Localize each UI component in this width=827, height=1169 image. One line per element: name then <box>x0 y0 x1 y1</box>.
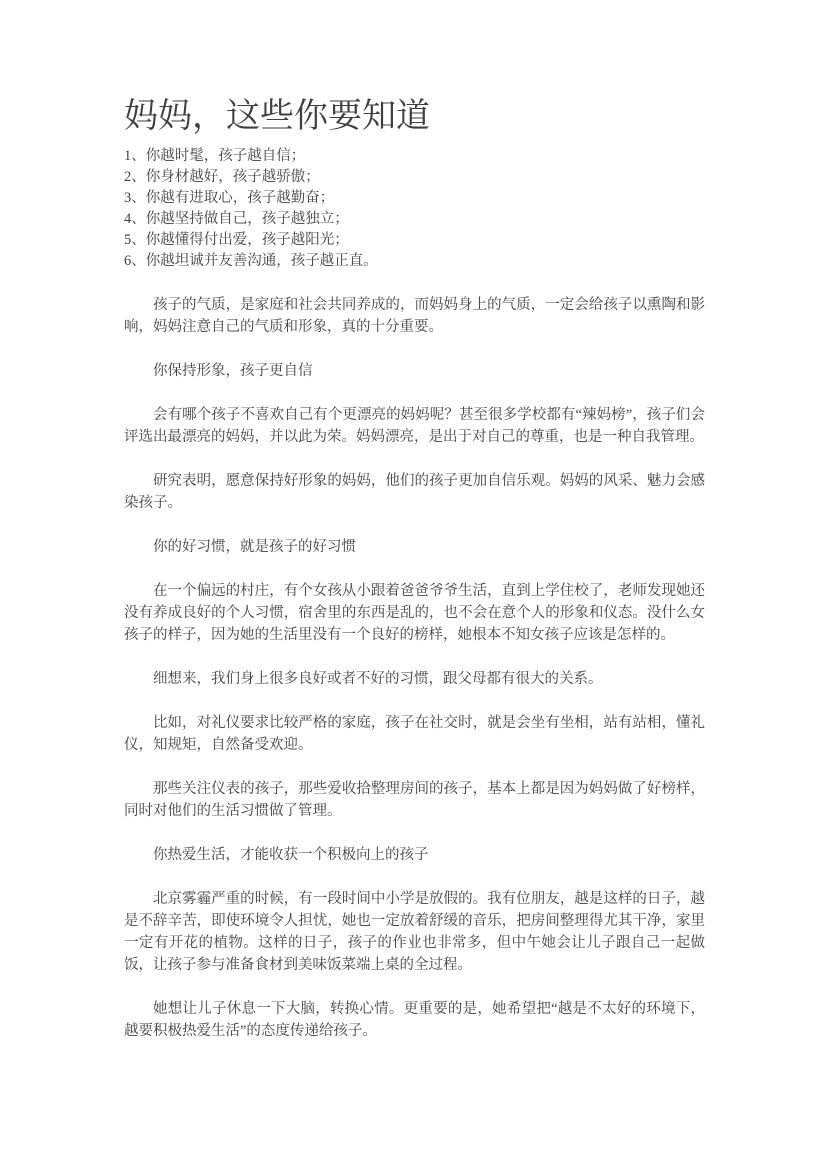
list-item-2: 2、你身材越好，孩子越骄傲； <box>124 167 705 188</box>
paragraph-temperament: 孩子的气质，是家庭和社会共同养成的，而妈妈身上的气质，一定会给孩子以熏陶和影响，… <box>124 294 705 338</box>
paragraph-habits-parents: 细想来，我们身上很多良好或者不好的习惯，跟父母都有很大的关系。 <box>124 668 705 690</box>
section-heading-habits: 你的好习惯，就是孩子的好习惯 <box>124 536 705 558</box>
paragraph-role-model: 那些关注仪表的孩子，那些爱收拾整理房间的孩子，基本上都是因为妈妈做了好榜样，同时… <box>124 778 705 822</box>
paragraph-beijing-smog: 北京雾霾严重的时候，有一段时间中小学是放假的。我有位朋友，越是这样的日子，越是不… <box>124 888 705 976</box>
paragraph-etiquette: 比如，对礼仪要求比较严格的家庭，孩子在社交时，就是会坐有坐相，站有站相，懂礼仪，… <box>124 712 705 756</box>
list-item-4: 4、你越坚持做自己，孩子越独立； <box>124 209 705 230</box>
numbered-list: 1、你越时髦，孩子越自信； 2、你身材越好，孩子越骄傲； 3、你越有进取心，孩子… <box>124 146 705 272</box>
document-content: 妈妈，这些你要知道 1、你越时髦，孩子越自信； 2、你身材越好，孩子越骄傲； 3… <box>124 97 705 1042</box>
list-item-5: 5、你越懂得付出爱，孩子越阳光； <box>124 230 705 251</box>
paragraph-research: 研究表明，愿意保持好形象的妈妈，他们的孩子更加自信乐观。妈妈的风采、魅力会感染孩… <box>124 470 705 514</box>
list-item-6: 6、你越坦诚并友善沟通，孩子越正直。 <box>124 251 705 272</box>
paragraph-village-girl: 在一个偏远的村庄，有个女孩从小跟着爸爸爷爷生活，直到上学住校了，老师发现她还没有… <box>124 580 705 646</box>
document-page: 妈妈，这些你要知道 1、你越时髦，孩子越自信； 2、你身材越好，孩子越骄傲； 3… <box>0 0 827 1169</box>
section-heading-love-life: 你热爱生活，才能收获一个积极向上的孩子 <box>124 844 705 866</box>
paragraph-pretty-mom: 会有哪个孩子不喜欢自己有个更漂亮的妈妈呢？甚至很多学校都有“辣妈榜”，孩子们会评… <box>124 404 705 448</box>
document-title: 妈妈，这些你要知道 <box>124 97 705 137</box>
paragraph-attitude: 她想让儿子休息一下大脑，转换心情。更重要的是，她希望把“越是不太好的环境下，越要… <box>124 998 705 1042</box>
list-item-1: 1、你越时髦，孩子越自信； <box>124 146 705 167</box>
section-heading-image: 你保持形象，孩子更自信 <box>124 360 705 382</box>
list-item-3: 3、你越有进取心，孩子越勤奋； <box>124 188 705 209</box>
